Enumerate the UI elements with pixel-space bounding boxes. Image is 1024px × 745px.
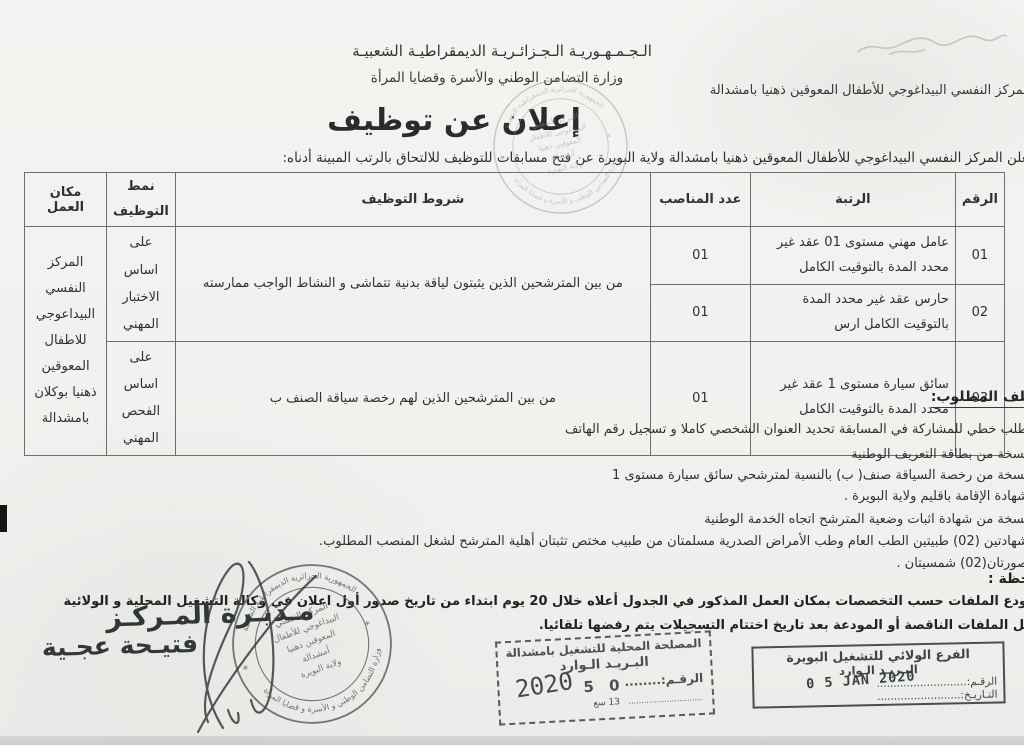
conditions-group-1: من بين المترشحين الذين يثبتون لياقة بدني… [175, 227, 650, 341]
jobs-table: الرقم الرتبة عدد المناصب شروط التوظيف نم… [24, 172, 1005, 456]
row2-num: 02 [955, 284, 1004, 341]
row1-rank: عامل مهني مستوى 01 عقد غير محدد المدة با… [750, 227, 955, 284]
organization-name: المركز النفسي البيداغوجي للأطفال المعوقي… [710, 83, 1024, 98]
scanned-job-announcement-page: الـجـمـهـوريـة الـجـزائـريـة الديمقراطيـ… [0, 0, 1024, 745]
scan-edge-mark [0, 505, 7, 532]
col-header-rank: الرتبة [750, 173, 955, 227]
table-row: 01 عامل مهني مستوى 01 عقد غير محدد المدة… [25, 227, 1005, 284]
row3-count: 01 [650, 341, 750, 455]
page-title: إعلان عن توظيف [0, 103, 966, 138]
row2-rank: حارس عقد غير محدد المدة بالتوقيت الكامل … [750, 284, 955, 341]
conditions-group-2: من بين المترشحين الذين لهم رخصة سياقة ال… [175, 341, 650, 455]
table-row: 03 سائق سيارة مستوى 1 عقد غير محدد المدة… [25, 341, 1005, 455]
file-item-4: شهادة الإقامة باقليم ولاية البويرة . [844, 489, 1024, 504]
col-header-num: الرقم [955, 173, 1004, 227]
row1-num: 01 [955, 227, 1004, 284]
republic-header: الـجـمـهـوريـة الـجـزائـريـة الديمقراطيـ… [0, 42, 1014, 60]
announcement-line: يعلن المركز النفسي البيداغوجي للأطفال ال… [282, 150, 1024, 166]
row2-count: 01 [650, 284, 750, 341]
file-item-3: نسخة من رخصة السياقة صنف( ب) بالنسبة لمت… [612, 468, 1024, 483]
workplace-cell: المركز النفسي البيداعوجي للاطفال المعوقي… [25, 227, 107, 455]
col-header-workplace: مكان العمل [25, 173, 107, 227]
table-header-row: الرقم الرتبة عدد المناصب شروط التوظيف نم… [25, 173, 1005, 227]
svg-text:*: * [363, 618, 373, 632]
svg-text:*: * [499, 155, 506, 167]
note-heading: ملاحظة : [988, 571, 1024, 587]
file-item-6: شهادتين (02) طبيتين الطب العام وطب الأمر… [319, 534, 1024, 549]
local-employment-stamp: المصلحة المحلية للتشغيل بامشدالة البـريـ… [495, 630, 715, 725]
row1-count: 01 [650, 227, 750, 284]
row3-rank: سائق سيارة مستوى 1 عقد غير محدد المدة با… [750, 341, 955, 455]
handwritten-signature [128, 550, 343, 740]
date-stamp-day: 0 5 [583, 676, 625, 696]
mode-group-1: على اساس الاختبار المهني [107, 227, 176, 341]
file-item-5: نسخة من شهادة اثبات وضعية المترشح اتجاه … [704, 512, 1024, 527]
col-header-mode: نمط التوظيف [107, 173, 176, 227]
note-line-2: كل الملفات الناقصة أو المودعة بعد تاريخ … [539, 618, 1024, 633]
handwritten-reference: 13 سع [593, 697, 620, 708]
file-item-2: نسخة من بطاقة التعريف الوطنية [851, 447, 1024, 462]
file-item-1: طلب خطي للمشاركة في المسابقة تحديد العنو… [565, 422, 1024, 437]
wilaya-employment-stamp: الفرع الولائي للتشغيل البويرة البـريـد ا… [751, 641, 1005, 708]
file-section-heading: ملف المطلوب: [931, 389, 1024, 408]
mode-group-2: على اساس الفحص المهني [107, 341, 176, 455]
col-header-conditions: شروط التوظيف [175, 173, 650, 227]
file-item-7: صورتان(02) شمسيتان . [896, 556, 1024, 571]
col-header-positions: عدد المناصب [650, 173, 750, 227]
scan-bottom-edge [0, 736, 1024, 745]
svg-text:*: * [606, 132, 613, 144]
